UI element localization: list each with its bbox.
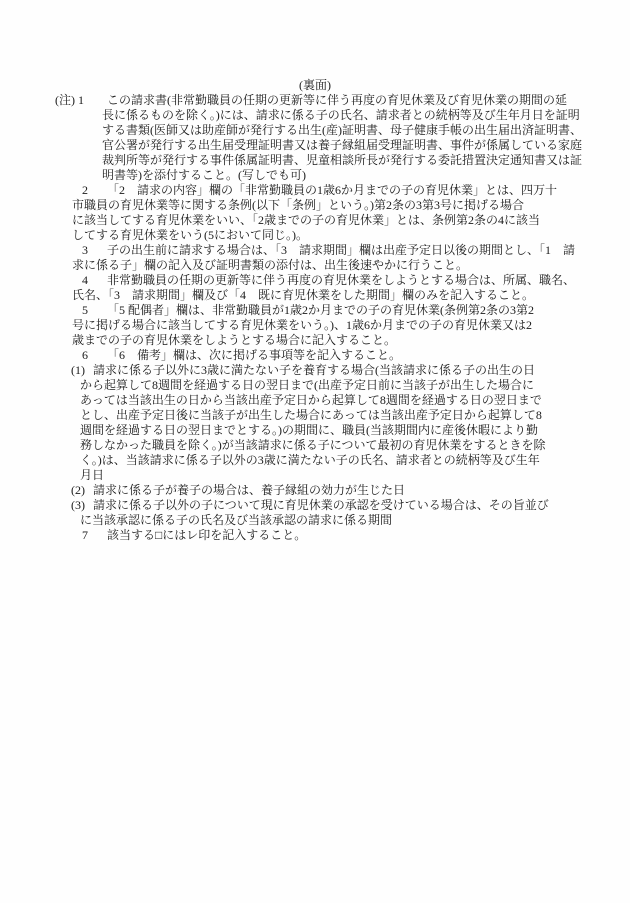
text-line: (注) 1この請求書(非常勤職員の任期の更新等に伴う再度の育児休業及び育児休業の… bbox=[0, 93, 630, 108]
line-text: してする育児休業をいう(5において同じ。)。 bbox=[72, 228, 308, 242]
text-line: とし、出産予定日後に当該子が出生した場合にあっては当該出産予定日から起算して8 bbox=[0, 408, 630, 423]
text-line: (3)請求に係る子以外の子について現に育児休業の承認を受けている場合は、その旨並… bbox=[0, 498, 630, 513]
text-line: 歳までの子の育児休業をしようとする場合に記入すること。 bbox=[0, 333, 630, 348]
item-marker: 2 bbox=[82, 183, 107, 198]
line-text: 長に係るものを除く。)には、請求に係る子の氏名、請求者との続柄等及び生年月日を証… bbox=[102, 108, 580, 122]
text-line: 号に掲げる場合に該当してする育児休業をいう。)、1歳6か月までの子の育児休業又は… bbox=[0, 318, 630, 333]
text-line: (2)請求に係る子が養子の場合は、養子縁組の効力が生じた日 bbox=[0, 483, 630, 498]
text-line: 官公署が発行する出生届受理証明書又は養子縁組届受理証明書、事件が係属している家庭 bbox=[0, 138, 630, 153]
text-line: から起算して8週間を経過する日の翌日まで(出産予定日前に当該子が出生した場合に bbox=[0, 378, 630, 393]
line-text: とし、出産予定日後に当該子が出生した場合にあっては当該出産予定日から起算して8 bbox=[80, 408, 542, 422]
line-text: あっては当該出生の日から当該出産予定日から起算して8週間を経過する日の翌日まで bbox=[80, 393, 542, 407]
item-marker: (3) bbox=[71, 498, 93, 513]
line-text: 請求に係る子が養子の場合は、養子縁組の効力が生じた日 bbox=[93, 483, 405, 497]
text-line: 市職員の育児休業等に関する条例(以下「条例」という。)第2条の3第3号に掲げる場… bbox=[0, 198, 630, 213]
line-text: に当該承認に係る子の氏名及び当該承認の請求に係る期間 bbox=[80, 513, 392, 527]
text-line: 明書等)を添付すること。(写しでも可) bbox=[0, 168, 630, 183]
text-line: 7該当する□にはレ印を記入すること。 bbox=[0, 528, 630, 543]
line-text: 請求に係る子以外に3歳に満たない子を養育する場合(当該請求に係る子の出生の日 bbox=[93, 363, 535, 377]
line-text: 号に掲げる場合に該当してする育児休業をいう。)、1歳6か月までの子の育児休業又は… bbox=[72, 318, 532, 332]
line-text: 請求に係る子以外の子について現に育児休業の承認を受けている場合は、その旨並び bbox=[93, 498, 549, 512]
item-marker: 7 bbox=[82, 528, 107, 543]
item-marker: (2) bbox=[71, 483, 93, 498]
text-line: に該当してする育児休業をいい、「2歳までの子の育児休業」とは、条例第2条の4に該… bbox=[0, 213, 630, 228]
notes-text: (注) 1この請求書(非常勤職員の任期の更新等に伴う再度の育児休業及び育児休業の… bbox=[0, 93, 630, 543]
line-text: 「2 請求の内容」欄の「非常勤職員の1歳6か月までの子の育児休業」とは、四万十 bbox=[107, 183, 557, 197]
line-text: 週間を経過する日の翌日までとする。)の期間に、職員(当該期間内に産後休暇により勤 bbox=[80, 423, 538, 437]
page-side-label: (裏面) bbox=[0, 78, 630, 93]
text-line: 務しなかった職員を除く。)が当該請求に係る子について最初の育児休業をするときを除 bbox=[0, 438, 630, 453]
line-text: この請求書(非常勤職員の任期の更新等に伴う再度の育児休業及び育児休業の期間の延 bbox=[107, 93, 567, 107]
line-text: 「6 備考」欄は、次に掲げる事項等を記入すること。 bbox=[107, 348, 401, 362]
line-text: 子の出生前に請求する場合は、「3 請求期間」欄は出産予定日以後の期間とし、「1 … bbox=[107, 243, 575, 257]
text-line: 3子の出生前に請求する場合は、「3 請求期間」欄は出産予定日以後の期間とし、「1… bbox=[0, 243, 630, 258]
text-line: 月日 bbox=[0, 468, 630, 483]
item-marker: 5 bbox=[82, 303, 107, 318]
item-marker: 4 bbox=[82, 273, 107, 288]
item-marker: (1) bbox=[71, 363, 93, 378]
line-text: 市職員の育児休業等に関する条例(以下「条例」という。)第2条の3第3号に掲げる場… bbox=[72, 198, 524, 212]
line-text: く。)は、当該請求に係る子以外の3歳に満たない子の氏名、請求者との続柄等及び生年 bbox=[80, 453, 540, 467]
text-line: 2「2 請求の内容」欄の「非常勤職員の1歳6か月までの子の育児休業」とは、四万十 bbox=[0, 183, 630, 198]
document-page: (裏面) (注) 1この請求書(非常勤職員の任期の更新等に伴う再度の育児休業及び… bbox=[0, 0, 630, 903]
text-line: 週間を経過する日の翌日までとする。)の期間に、職員(当該期間内に産後休暇により勤 bbox=[0, 423, 630, 438]
text-line: 求に係る子」欄の記入及び証明書類の添付は、出生後速やかに行うこと。 bbox=[0, 258, 630, 273]
line-text: に該当してする育児休業をいい、「2歳までの子の育児休業」とは、条例第2条の4に該… bbox=[72, 213, 540, 227]
line-text: から起算して8週間を経過する日の翌日まで(出産予定日前に当該子が出生した場合に bbox=[80, 378, 534, 392]
line-text: 「5 配偶者」欄は、非常勤職員が1歳2か月までの子の育児休業(条例第2条の3第2 bbox=[107, 303, 534, 317]
text-line: 6「6 備考」欄は、次に掲げる事項等を記入すること。 bbox=[0, 348, 630, 363]
text-line: する書類(医師又は助産師が発行する出生(産)証明書、母子健康手帳の出生届出済証明… bbox=[0, 123, 630, 138]
text-line: 4非常勤職員の任期の更新等に伴う再度の育児休業をしようとする場合は、所属、職名、 bbox=[0, 273, 630, 288]
text-line: してする育児休業をいう(5において同じ。)。 bbox=[0, 228, 630, 243]
text-line: 長に係るものを除く。)には、請求に係る子の氏名、請求者との続柄等及び生年月日を証… bbox=[0, 108, 630, 123]
item-marker: 3 bbox=[82, 243, 107, 258]
text-line: 5「5 配偶者」欄は、非常勤職員が1歳2か月までの子の育児休業(条例第2条の3第… bbox=[0, 303, 630, 318]
line-text: する書類(医師又は助産師が発行する出生(産)証明書、母子健康手帳の出生届出済証明… bbox=[102, 123, 582, 137]
line-text: 求に係る子」欄の記入及び証明書類の添付は、出生後速やかに行うこと。 bbox=[72, 258, 468, 272]
line-text: 月日 bbox=[80, 468, 104, 482]
line-text: 明書等)を添付すること。(写しでも可) bbox=[102, 168, 306, 182]
text-line: く。)は、当該請求に係る子以外の3歳に満たない子の氏名、請求者との続柄等及び生年 bbox=[0, 453, 630, 468]
line-text: 務しなかった職員を除く。)が当該請求に係る子について最初の育児休業をするときを除 bbox=[80, 438, 546, 452]
item-marker: (注) 1 bbox=[55, 93, 107, 108]
line-text: 官公署が発行する出生届受理証明書又は養子縁組届受理証明書、事件が係属している家庭 bbox=[102, 138, 582, 152]
line-text: 非常勤職員の任期の更新等に伴う再度の育児休業をしようとする場合は、所属、職名、 bbox=[107, 273, 575, 287]
text-line: (1)請求に係る子以外に3歳に満たない子を養育する場合(当該請求に係る子の出生の… bbox=[0, 363, 630, 378]
line-text: 歳までの子の育児休業をしようとする場合に記入すること。 bbox=[72, 333, 396, 347]
line-text: 該当する□にはレ印を記入すること。 bbox=[107, 528, 306, 542]
item-marker: 6 bbox=[82, 348, 107, 363]
line-text: 裁判所等が発行する事件係属証明書、児童相談所長が発行する委託措置決定通知書又は証 bbox=[102, 153, 582, 167]
text-line: 裁判所等が発行する事件係属証明書、児童相談所長が発行する委託措置決定通知書又は証 bbox=[0, 153, 630, 168]
text-line: あっては当該出生の日から当該出産予定日から起算して8週間を経過する日の翌日まで bbox=[0, 393, 630, 408]
text-line: 氏名、「3 請求期間」欄及び「4 既に育児休業をした期間」欄のみを記入すること。 bbox=[0, 288, 630, 303]
text-line: に当該承認に係る子の氏名及び当該承認の請求に係る期間 bbox=[0, 513, 630, 528]
line-text: 氏名、「3 請求期間」欄及び「4 既に育児休業をした期間」欄のみを記入すること。 bbox=[72, 288, 534, 302]
